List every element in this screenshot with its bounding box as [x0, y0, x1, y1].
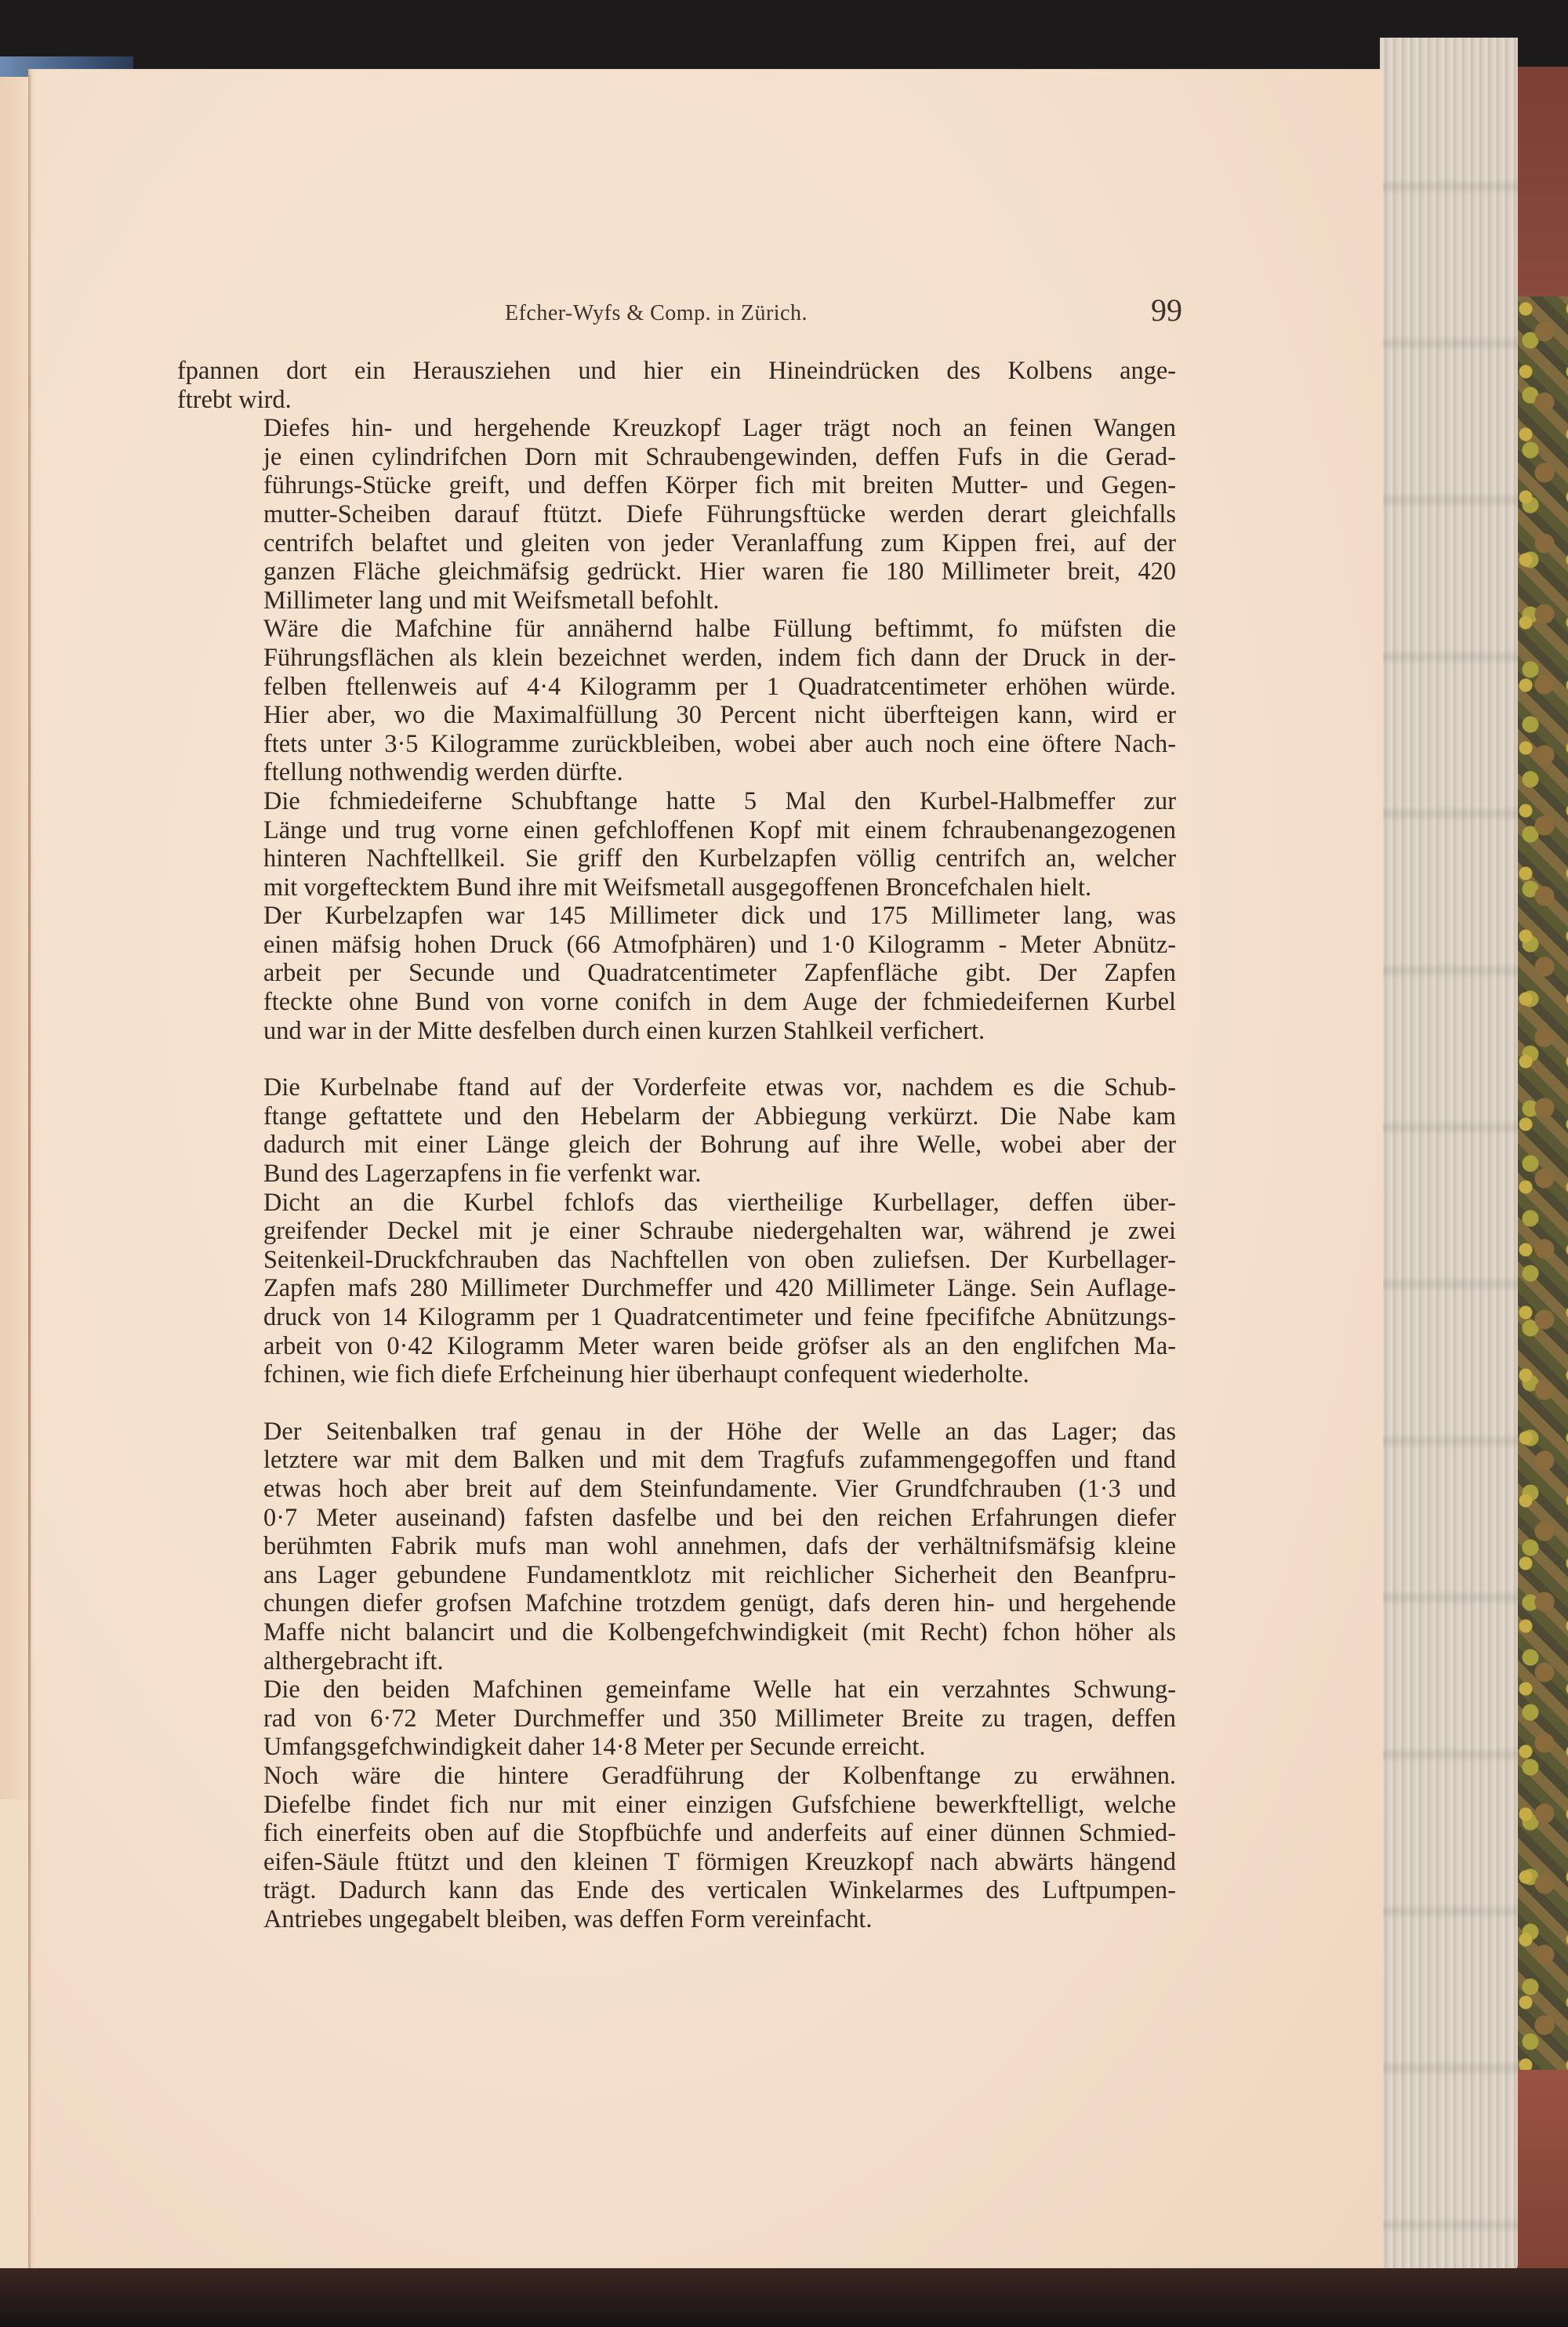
- text-line: Die fchmiedeiferne Schubftange hatte 5 M…: [177, 787, 1176, 816]
- text-line: fchinen, wie fich diefe Erfcheinung hier…: [177, 1360, 1176, 1389]
- text-line: druck von 14 Kilogramm per 1 Quadratcent…: [177, 1303, 1176, 1332]
- text-line: Diefes hin- und hergehende Kreuzkopf Lag…: [177, 414, 1176, 443]
- paragraph: Der Kurbelzapfen war 145 Millimeter dick…: [177, 902, 1176, 1045]
- text-line: Dicht an die Kurbel fchlofs das vierthei…: [177, 1189, 1176, 1218]
- page-header: Efcher-Wyfs & Comp. in Zürich. 99: [28, 296, 1383, 328]
- book-cover-marbled-board: [1512, 296, 1568, 2084]
- text-line: althergebracht ift.: [177, 1647, 1176, 1676]
- text-line: greifender Deckel mit je einer Schraube …: [177, 1217, 1176, 1246]
- text-line: fich einerfeits oben auf die Stopfbüchfe…: [177, 1819, 1176, 1848]
- text-line: ftrebt wird.: [177, 386, 1176, 415]
- text-line: Die den beiden Mafchinen gemeinfame Well…: [177, 1675, 1176, 1704]
- text-line: Bund des Lagerzapfens in fie verfenkt wa…: [177, 1160, 1176, 1189]
- paragraph: fpannen dort ein Herausziehen und hier e…: [177, 357, 1176, 414]
- page-gutter: [28, 74, 31, 2270]
- text-line: Millimeter lang und mit Weifsmetall befo…: [177, 586, 1176, 615]
- left-page-edge-bottom: [0, 1799, 28, 2270]
- text-line: führungs-Stücke greift, und deffen Körpe…: [177, 471, 1176, 500]
- text-line: einen mäfsig hohen Druck (66 Atmofphären…: [177, 931, 1176, 960]
- text-line: Diefelbe findet fich nur mit einer einzi…: [177, 1791, 1176, 1820]
- text-line: fpannen dort ein Herausziehen und hier e…: [177, 357, 1176, 386]
- paragraph: Die den beiden Mafchinen gemeinfame Well…: [177, 1675, 1176, 1762]
- text-line: Der Kurbelzapfen war 145 Millimeter dick…: [177, 902, 1176, 931]
- text-line: arbeit per Secunde und Quadratcentimeter…: [177, 959, 1176, 988]
- paragraph: Noch wäre die hintere Geradführung der K…: [177, 1762, 1176, 1934]
- text-line: trägt. Dadurch kann das Ende des vertica…: [177, 1876, 1176, 1905]
- text-line: ganzen Fläche gleichmäfsig gedrückt. Hie…: [177, 557, 1176, 586]
- text-line: dadurch mit einer Länge gleich der Bohru…: [177, 1131, 1176, 1160]
- text-line: Länge und trug vorne einen gefchloffenen…: [177, 816, 1176, 845]
- text-line: eifen-Säule ftützt und den kleinen T för…: [177, 1848, 1176, 1877]
- paragraph: Die Kurbelnabe ftand auf der Vorderfeite…: [177, 1073, 1176, 1188]
- text-line: Der Seitenbalken traf genau in der Höhe …: [177, 1418, 1176, 1447]
- paragraph: Die fchmiedeiferne Schubftange hatte 5 M…: [177, 787, 1176, 902]
- text-line: Umfangsgefchwindigkeit daher 14·8 Meter …: [177, 1733, 1176, 1762]
- text-line: ftellung nothwendig werden dürfte.: [177, 758, 1176, 787]
- text-line: fteckte ohne Bund von vorne conifch in d…: [177, 988, 1176, 1017]
- text-line: Wäre die Mafchine für annähernd halbe Fü…: [177, 615, 1176, 644]
- text-line: ftange geftattete und den Hebelarm der A…: [177, 1102, 1176, 1131]
- text-line: felben ftellenweis auf 4·4 Kilogramm per…: [177, 673, 1176, 702]
- text-line: Maffe nicht balancirt und die Kolbengefc…: [177, 1618, 1176, 1647]
- text-line: und war in der Mitte desfelben durch ein…: [177, 1017, 1176, 1046]
- paragraph: Diefes hin- und hergehende Kreuzkopf Lag…: [177, 414, 1176, 615]
- text-line: centrifch belaftet und gleiten von jeder…: [177, 529, 1176, 558]
- paragraph: Wäre die Mafchine für annähernd halbe Fü…: [177, 615, 1176, 787]
- running-head: Efcher-Wyfs & Comp. in Zürich.: [505, 301, 808, 326]
- paragraph: Der Seitenbalken traf genau in der Höhe …: [177, 1418, 1176, 1675]
- page-number: 99: [1151, 292, 1182, 329]
- paragraph: Dicht an die Kurbel fchlofs das vierthei…: [177, 1189, 1176, 1389]
- text-line: berühmten Fabrik mufs man wohl annehmen,…: [177, 1532, 1176, 1561]
- page-fore-edge: [1380, 38, 1518, 2272]
- left-page-edge: [0, 74, 28, 1799]
- text-line: je einen cylindrifchen Dorn mit Schraube…: [177, 443, 1176, 472]
- text-line: 0·7 Meter auseinand) fafsten dasfelbe un…: [177, 1504, 1176, 1533]
- text-line: Zapfen mafs 280 Millimeter Durchmeffer u…: [177, 1274, 1176, 1303]
- text-line: hinteren Nachftellkeil. Sie griff den Ku…: [177, 844, 1176, 873]
- text-line: etwas hoch aber breit auf dem Steinfunda…: [177, 1475, 1176, 1504]
- text-line: rad von 6·72 Meter Durchmeffer und 350 M…: [177, 1704, 1176, 1733]
- text-line: chungen diefer grofsen Mafchine trotzdem…: [177, 1589, 1176, 1618]
- background-surface: [0, 2268, 1568, 2327]
- text-line: Hier aber, wo die Maximalfüllung 30 Perc…: [177, 701, 1176, 730]
- text-line: Führungsflächen als klein bezeichnet wer…: [177, 644, 1176, 673]
- book-cover-leather-top: [1513, 67, 1568, 302]
- text-line: ftets unter 3·5 Kilogramme zurückbleiben…: [177, 730, 1176, 759]
- text-line: arbeit von 0·42 Kilogramm Meter waren be…: [177, 1332, 1176, 1361]
- text-line: letztere war mit dem Balken und mit dem …: [177, 1446, 1176, 1475]
- body-text: fpannen dort ein Herausziehen und hier e…: [177, 357, 1176, 1933]
- text-line: Die Kurbelnabe ftand auf der Vorderfeite…: [177, 1073, 1176, 1102]
- text-line: mit vorgeftecktem Bund ihre mit Weifsmet…: [177, 873, 1176, 902]
- text-line: Antriebes ungegabelt bleiben, was deffen…: [177, 1905, 1176, 1934]
- text-line: mutter-Scheiben darauf ftützt. Diefe Füh…: [177, 500, 1176, 529]
- text-line: Seitenkeil-Druckfchrauben das Nachftelle…: [177, 1246, 1176, 1275]
- text-line: ans Lager gebundene Fundamentklotz mit r…: [177, 1561, 1176, 1590]
- text-line: Noch wäre die hintere Geradführung der K…: [177, 1762, 1176, 1791]
